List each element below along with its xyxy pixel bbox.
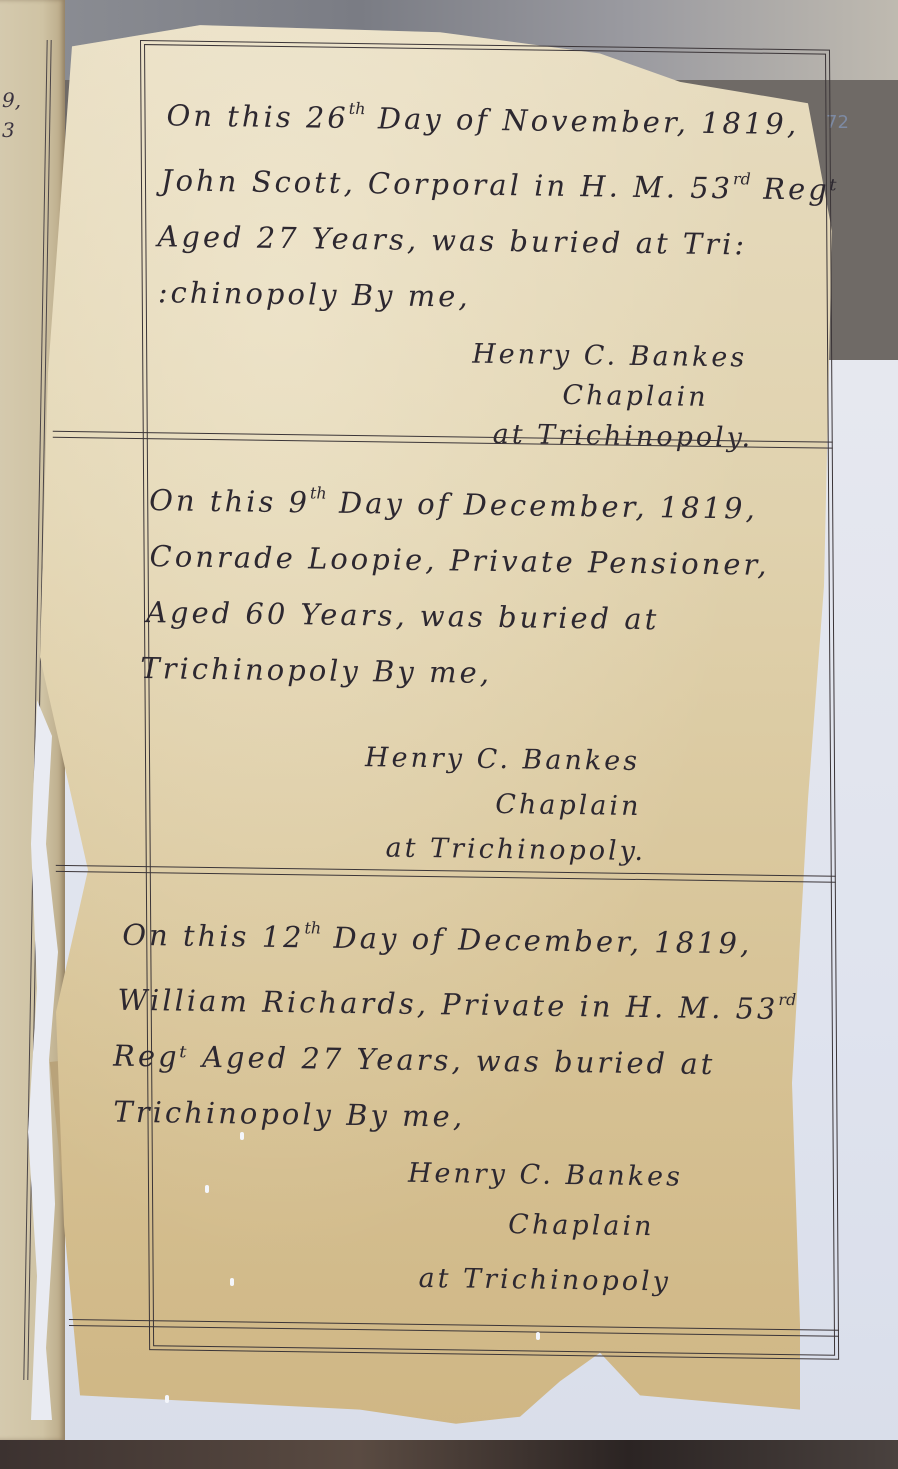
record-line: Regᵗ Aged 27 Years, was buried at (113, 1028, 817, 1094)
record-line: Conrade Loopie, Private Pensioner, (149, 528, 813, 593)
register-frame: On this 26th Day of November, 1819, John… (140, 40, 839, 1360)
signature-name: Henry C. Bankes (472, 335, 747, 379)
record-line: John Scott, Corporal in H. M. 53rd Regᵗ (161, 143, 811, 217)
record-line: William Richards, Private in H. M. 53rd (117, 963, 816, 1038)
record-line: On this 12th Day of December, 1819, (122, 898, 816, 973)
signature-location: at Trichinopoly (418, 1259, 671, 1303)
paper-hole (230, 1278, 234, 1286)
signature-title: Chaplain (508, 1205, 654, 1247)
left-page-fragment: 3 (2, 118, 15, 142)
paper-hole (240, 1132, 244, 1140)
paper-hole (165, 1395, 169, 1403)
paper-hole (205, 1185, 209, 1193)
record-line: Trichinopoly By me, (113, 1084, 817, 1150)
burial-record-1: On this 26th Day of November, 1819, John… (140, 60, 833, 450)
signature-name: Henry C. Bankes (365, 738, 640, 782)
left-page-fragment: 9, (2, 88, 21, 112)
record-line: Aged 60 Years, was buried at (146, 584, 814, 649)
record-line: Aged 27 Years, was buried at Tri: (157, 208, 811, 273)
signature-name: Henry C. Bankes (408, 1154, 683, 1198)
record-line: On this 9th Day of December, 1819, (149, 463, 813, 537)
record-line: :chinopoly By me, (158, 264, 812, 329)
signature-title: Chaplain (495, 785, 641, 827)
background-surface-bottom (0, 1440, 898, 1469)
record-line: On this 26th Day of November, 1819, (166, 78, 810, 152)
burial-record-2: On this 9th Day of December, 1819, Conra… (143, 445, 836, 875)
signature-location: at Trichinopoly. (385, 828, 646, 872)
record-line: Trichinopoly By me, (140, 640, 814, 705)
paper-hole (536, 1332, 540, 1340)
burial-record-3: On this 12th Day of December, 1819, Will… (146, 880, 839, 1330)
signature-title: Chaplain (562, 376, 708, 418)
